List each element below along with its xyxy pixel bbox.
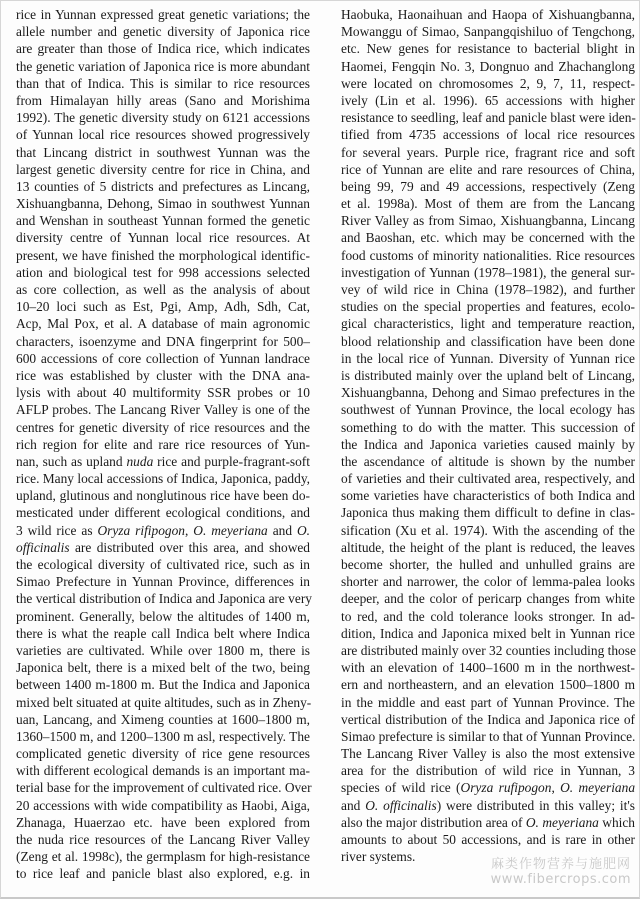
text-segment: being 99, 79 and 49 accessions, respecti…	[341, 179, 635, 194]
right-column: Haobuka, Haonaihuan and Haopa of Xishuan…	[341, 6, 635, 865]
text-line: than that of Indica. This is similar to …	[16, 75, 310, 92]
document-page: rice in Yunnan expressed great genetic v…	[0, 0, 640, 899]
text-segment: the ascendance of altitude is shown by t…	[341, 454, 635, 469]
text-line: food customs of minority nationalities. …	[341, 247, 635, 264]
text-line: 20 accessions with wide compatibility as…	[16, 797, 310, 814]
text-segment: studies on the special properties and fe…	[341, 299, 635, 314]
text-segment: Mowanggu of Simao, Sanpangqishiluo of Te…	[341, 24, 635, 39]
text-line: Japonica thus making them difficult to d…	[341, 504, 635, 521]
text-line: 1992). The genetic diversity study on 61…	[16, 109, 310, 126]
italic-species-name: O.	[297, 523, 310, 538]
text-line: Acp, Mal Pox, et al. A database of main …	[16, 315, 310, 332]
text-segment: characters, isoenzyme and DNA fingerprin…	[16, 334, 310, 349]
text-line: terial base for the improvement of culti…	[16, 779, 310, 796]
text-line: also the major distribution area of O. m…	[341, 814, 635, 831]
text-segment: ively (Lin et al. 1996). 65 accessions w…	[341, 93, 635, 108]
text-segment: rice of Yunnan are elite and rare resour…	[341, 162, 635, 177]
text-line: rice of Yunnan are elite and rare resour…	[341, 161, 635, 178]
text-segment: AFLP probes. The Lancang River Valley is…	[16, 402, 310, 417]
text-line: species of wild rice (Oryza rufipogon, O…	[341, 779, 635, 796]
text-line: ern and northeastern, and an elevation 1…	[341, 676, 635, 693]
text-segment: Zhanaga, Huaerzao etc. have been explore…	[16, 815, 310, 830]
text-segment: 600 accessions of core collection of Yun…	[16, 351, 310, 366]
text-line: Xishuangbanna, Dehong, Simao in southwes…	[16, 195, 310, 212]
text-line: deeper, and the color of pericarp change…	[341, 590, 635, 607]
text-segment: rice was established by cluster with the…	[16, 368, 310, 383]
text-segment: 20 accessions with wide compatibility as…	[16, 798, 310, 813]
text-line: Haobuka, Haonaihuan and Haopa of Xishuan…	[341, 6, 635, 23]
text-segment: and Wenshan in southeast Yunnan formed t…	[16, 213, 310, 228]
text-line: ively (Lin et al. 1996). 65 accessions w…	[341, 92, 635, 109]
text-line: The Lancang River Valley is also the mos…	[341, 745, 635, 762]
text-line: is distributed mainly over the upland be…	[341, 367, 635, 384]
text-segment: from Himalayan hilly areas (Sano and Mor…	[16, 93, 310, 108]
text-segment: and	[268, 523, 297, 538]
text-line: rich region for elite and rare rice reso…	[16, 436, 310, 453]
text-line: vey of wild rice in China (1978–1982), a…	[341, 281, 635, 298]
text-segment: rich region for elite and rare rice reso…	[16, 437, 310, 452]
text-segment: in the middle and east part of Yunnan Pr…	[341, 695, 635, 710]
italic-species-name: O. meyeriana	[560, 780, 635, 795]
text-segment: Xishuangbanna, Dehong and Simao prefectu…	[341, 385, 635, 400]
text-segment: and Baoshan, etc. which may be concerned…	[341, 230, 635, 245]
text-line: etc. New genes for resistance to bacteri…	[341, 40, 635, 57]
left-column: rice in Yunnan expressed great genetic v…	[16, 6, 310, 883]
text-line: there is what the reaple call Indica bel…	[16, 625, 310, 642]
text-segment: ,	[551, 780, 560, 795]
italic-species-name: O. officinalis	[365, 798, 436, 813]
text-segment: there is what the reaple call Indica bel…	[16, 626, 310, 641]
text-line: in the local rice of Yunnan. Diversity o…	[341, 350, 635, 367]
text-line: Xishuangbanna, Dehong and Simao prefectu…	[341, 384, 635, 401]
watermark-url: www.fibercrops.com	[491, 872, 631, 887]
text-segment: 10–20 loci such as Est, Pgi, Amp, Adh, S…	[16, 299, 310, 314]
text-segment: of varieties and their cultivated area, …	[341, 471, 635, 486]
text-line: allele number and genetic diversity of J…	[16, 23, 310, 40]
text-segment: et al. 1998a). Most of them are from the…	[341, 196, 635, 211]
text-line: 13 counties of 5 districts and prefectur…	[16, 178, 310, 195]
text-line: Simao prefecture is similar to that of Y…	[341, 728, 635, 745]
text-line: dition, Indica and Japonica mixed belt i…	[341, 625, 635, 642]
text-line: area for the distribution of wild rice i…	[341, 762, 635, 779]
text-line: and O. officinalis) were distributed in …	[341, 797, 635, 814]
text-segment: gical characteristics, light and tempera…	[341, 316, 635, 331]
text-line: something to do with the matter. This su…	[341, 419, 635, 436]
text-segment: altitude, the height of the plant is red…	[341, 540, 635, 555]
text-segment: are greater than those of Indica rice, w…	[16, 41, 310, 56]
text-segment: were located on chromosomes 2, 9, 7, 11,…	[341, 76, 635, 91]
text-segment: as core collection, as well as the analy…	[16, 282, 310, 297]
text-segment: for several years. Purple rice, fragrant…	[341, 145, 635, 160]
text-segment: investigation of Yunnan (1978–1981), the…	[341, 265, 635, 280]
text-line: Haomei, Fengqin No. 3, Dongnuo and Zhach…	[341, 58, 635, 75]
text-line: and Baoshan, etc. which may be concerned…	[341, 229, 635, 246]
text-segment: Acp, Mal Pox, et al. A database of main …	[16, 316, 310, 331]
text-segment: in the local rice of Yunnan. Diversity o…	[341, 351, 635, 366]
text-line: complicated genetic diversity of rice ge…	[16, 745, 310, 762]
text-segment: 13 counties of 5 districts and prefectur…	[16, 179, 310, 194]
text-segment: food customs of minority nationalities. …	[341, 248, 635, 263]
text-segment: the genetic variation of Japonica rice i…	[16, 59, 310, 74]
text-line: sification (Xu et al. 1974). With the as…	[341, 522, 635, 539]
text-line: 1360–1500 m, and 1200–1300 m asl, respec…	[16, 728, 310, 745]
text-segment: rice. Many local accessions of Indica, J…	[16, 471, 310, 486]
text-line: being 99, 79 and 49 accessions, respecti…	[341, 178, 635, 195]
text-segment: Japonica thus making them difficult to d…	[341, 505, 635, 520]
text-line: from Himalayan hilly areas (Sano and Mor…	[16, 92, 310, 109]
text-line: blood relationship and classification ha…	[341, 333, 635, 350]
text-segment: ) were distributed in this valley; it's	[437, 798, 635, 813]
text-line: to red, and the cold tolerance looks str…	[341, 608, 635, 625]
text-segment: varieties are cultivated. While over 180…	[16, 643, 310, 658]
text-line: Japonica belt, there is a mixed belt of …	[16, 659, 310, 676]
text-segment: tified from 4735 accessions of local ric…	[341, 127, 635, 142]
text-line: mixed belt situated at quite altitudes, …	[16, 694, 310, 711]
text-line: for several years. Purple rice, fragrant…	[341, 144, 635, 161]
text-line: 600 accessions of core collection of Yun…	[16, 350, 310, 367]
text-segment: southwest of Yunnan Province, the local …	[341, 402, 635, 417]
text-line: rice in Yunnan expressed great genetic v…	[16, 6, 310, 23]
text-segment: Simao prefecture is similar to that of Y…	[341, 729, 635, 744]
text-segment: lysis with about 40 multiformity SSR pro…	[16, 385, 310, 400]
text-line: with an elevation of 1400–1600 m in the …	[341, 659, 635, 676]
text-line: are distributed mainly over 32 counties …	[341, 642, 635, 659]
text-segment: diversity centre of Yunnan local rice re…	[16, 230, 310, 245]
text-segment: also the major distribution area of	[341, 815, 526, 830]
text-segment: rice in Yunnan expressed great genetic v…	[16, 7, 310, 22]
text-segment: River Valley as from Simao, Xishuangbann…	[341, 213, 635, 228]
text-segment: is distributed mainly over the upland be…	[341, 368, 635, 383]
text-line: rice was established by cluster with the…	[16, 367, 310, 384]
text-segment: amounts to about 50 accessions, and is r…	[341, 832, 635, 847]
text-line: Zhanaga, Huaerzao etc. have been explore…	[16, 814, 310, 831]
text-segment: dition, Indica and Japonica mixed belt i…	[341, 626, 635, 641]
text-line: rice. Many local accessions of Indica, J…	[16, 470, 310, 487]
text-line: resistance to seedling, leaf and panicle…	[341, 109, 635, 126]
text-line: as core collection, as well as the analy…	[16, 281, 310, 298]
text-segment: 3 wild rice as	[16, 523, 97, 538]
watermark-site-name: 麻类作物营养与施肥网	[491, 857, 631, 872]
text-segment: shorter and narrower, the color of lemma…	[341, 574, 635, 589]
text-line: amounts to about 50 accessions, and is r…	[341, 831, 635, 848]
text-line: the ascendance of altitude is shown by t…	[341, 453, 635, 470]
text-segment: etc. New genes for resistance to bacteri…	[341, 41, 635, 56]
text-line: are greater than those of Indica rice, w…	[16, 40, 310, 57]
text-line: to rice leaf and panicle blast also expl…	[16, 865, 310, 882]
text-line: River Valley as from Simao, Xishuangbann…	[341, 212, 635, 229]
text-segment: the vertical distribution of Indica and …	[16, 591, 312, 606]
text-segment: sification (Xu et al. 1974). With the as…	[341, 523, 635, 538]
text-segment: deeper, and the color of pericarp change…	[341, 591, 635, 606]
text-line: and Wenshan in southeast Yunnan formed t…	[16, 212, 310, 229]
text-line: between 1400 m-1800 m. But the Indica an…	[16, 676, 310, 693]
text-line: of varieties and their cultivated area, …	[341, 470, 635, 487]
italic-species-name: Oryza rufipogon	[461, 780, 552, 795]
text-line: of Yunnan local rice resources showed pr…	[16, 126, 310, 143]
text-segment: to rice leaf and panicle blast also expl…	[16, 866, 310, 881]
text-line: the Indica and Japonica varieties caused…	[341, 436, 635, 453]
text-line: the ecological diversity of cultivated r…	[16, 556, 310, 573]
text-line: vertical distribution of the Indica and …	[341, 711, 635, 728]
text-segment: The Lancang River Valley is also the mos…	[341, 746, 635, 761]
text-segment: which	[599, 815, 635, 830]
text-line: investigation of Yunnan (1978–1981), the…	[341, 264, 635, 281]
text-segment: the ecological diversity of cultivated r…	[16, 557, 310, 572]
text-line: become shorter, the hulled and unhulled …	[341, 556, 635, 573]
text-line: AFLP probes. The Lancang River Valley is…	[16, 401, 310, 418]
text-segment: between 1400 m-1800 m. But the Indica an…	[16, 677, 310, 692]
text-segment: nan, such as upland	[16, 454, 126, 469]
text-line: 10–20 loci such as Est, Pgi, Amp, Adh, S…	[16, 298, 310, 315]
italic-species-name: O. meyeriana	[193, 523, 267, 538]
text-segment: species of wild rice (	[341, 780, 461, 795]
text-segment: Haobuka, Haonaihuan and Haopa of Xishuan…	[341, 7, 635, 22]
text-segment: centres for genetic diversity of rice re…	[16, 420, 310, 435]
text-line: altitude, the height of the plant is red…	[341, 539, 635, 556]
text-line: some varieties have characteristics of b…	[341, 487, 635, 504]
text-line: the nuda rice resources of the Lancang R…	[16, 831, 310, 848]
watermark: 麻类作物营养与施肥网 www.fibercrops.com	[491, 857, 631, 887]
text-line: that Lincang district in southwest Yunna…	[16, 144, 310, 161]
italic-species-name: nuda	[126, 454, 153, 469]
text-line: et al. 1998a). Most of them are from the…	[341, 195, 635, 212]
text-segment: the nuda rice resources of the Lancang R…	[16, 832, 310, 847]
text-line: lysis with about 40 multiformity SSR pro…	[16, 384, 310, 401]
text-line: tified from 4735 accessions of local ric…	[341, 126, 635, 143]
text-segment: present, we have finished the morphologi…	[16, 248, 310, 263]
text-line: Mowanggu of Simao, Sanpangqishiluo of Te…	[341, 23, 635, 40]
text-line: upland, glutinous and nonglutinous rice …	[16, 487, 310, 504]
text-segment: become shorter, the hulled and unhulled …	[341, 557, 635, 572]
text-line: uan, Lancang, and Ximeng counties at 160…	[16, 711, 310, 728]
text-line: nan, such as upland nuda rice and purple…	[16, 453, 310, 470]
text-line: present, we have finished the morphologi…	[16, 247, 310, 264]
text-line: studies on the special properties and fe…	[341, 298, 635, 315]
text-segment: to red, and the cold tolerance looks str…	[341, 609, 635, 624]
text-segment: river systems.	[341, 849, 415, 864]
text-segment: something to do with the matter. This su…	[341, 420, 635, 435]
text-segment: allele number and genetic diversity of J…	[16, 24, 310, 39]
text-line: (Zeng et al. 1998c), the germplasm for h…	[16, 848, 310, 865]
text-segment: vey of wild rice in China (1978–1982), a…	[341, 282, 635, 297]
text-segment: resistance to seedling, leaf and panicle…	[341, 110, 636, 125]
text-segment: ation and biological test for 998 access…	[16, 265, 310, 280]
text-segment: and	[341, 798, 365, 813]
italic-species-name: Oryza rifipogon	[97, 523, 185, 538]
text-line: the vertical distribution of Indica and …	[16, 590, 310, 607]
text-segment: (Zeng et al. 1998c), the germplasm for h…	[16, 849, 310, 864]
text-segment: some varieties have characteristics of b…	[341, 488, 635, 503]
text-segment: are distributed mainly over 32 counties …	[341, 643, 636, 658]
text-segment: are distributed over this area, and show…	[70, 540, 310, 555]
text-segment: 1992). The genetic diversity study on 61…	[16, 110, 310, 125]
italic-species-name: O. meyeriana	[526, 815, 599, 830]
text-line: prominent. Generally, below the altitude…	[16, 608, 310, 625]
text-segment: with different ecological demands is an …	[16, 763, 310, 778]
text-segment: Xishuangbanna, Dehong, Simao in southwes…	[16, 196, 310, 211]
text-segment: uan, Lancang, and Ximeng counties at 160…	[16, 712, 310, 727]
text-segment: with an elevation of 1400–1600 m in the …	[341, 660, 635, 675]
text-line: southwest of Yunnan Province, the local …	[341, 401, 635, 418]
text-segment: rice and purple-fragrant-soft	[153, 454, 310, 469]
text-segment: Japonica belt, there is a mixed belt of …	[16, 660, 310, 675]
italic-species-name: officinalis	[16, 540, 70, 555]
text-segment: that Lincang district in southwest Yunna…	[16, 145, 310, 160]
text-line: mesticated under different ecological co…	[16, 504, 310, 521]
text-segment: upland, glutinous and nonglutinous rice …	[16, 488, 310, 503]
text-segment: than that of Indica. This is similar to …	[16, 76, 310, 91]
text-segment: ern and northeastern, and an elevation 1…	[341, 677, 635, 692]
text-line: 3 wild rice as Oryza rifipogon, O. meyer…	[16, 522, 310, 539]
text-line: the genetic variation of Japonica rice i…	[16, 58, 310, 75]
text-segment: Simao Prefecture in Yunnan Province, dif…	[16, 574, 310, 589]
text-line: varieties are cultivated. While over 180…	[16, 642, 310, 659]
text-segment: blood relationship and classification ha…	[341, 334, 635, 349]
text-segment: mesticated under different ecological co…	[16, 505, 310, 520]
text-segment: mixed belt situated at quite altitudes, …	[16, 695, 311, 710]
text-line: centres for genetic diversity of rice re…	[16, 419, 310, 436]
text-segment: the Indica and Japonica varieties caused…	[341, 437, 635, 452]
text-segment: of Yunnan local rice resources showed pr…	[16, 127, 310, 142]
text-segment: vertical distribution of the Indica and …	[341, 712, 635, 727]
text-segment: 1360–1500 m, and 1200–1300 m asl, respec…	[16, 729, 310, 744]
text-segment: prominent. Generally, below the altitude…	[16, 609, 310, 624]
text-line: officinalis are distributed over this ar…	[16, 539, 310, 556]
text-segment: Haomei, Fengqin No. 3, Dongnuo and Zhach…	[341, 59, 635, 74]
text-segment: largest genetic diversity centre for ric…	[16, 162, 310, 177]
text-line: gical characteristics, light and tempera…	[341, 315, 635, 332]
text-line: largest genetic diversity centre for ric…	[16, 161, 310, 178]
text-segment: terial base for the improvement of culti…	[16, 780, 312, 795]
text-line: characters, isoenzyme and DNA fingerprin…	[16, 333, 310, 350]
text-line: ation and biological test for 998 access…	[16, 264, 310, 281]
text-line: were located on chromosomes 2, 9, 7, 11,…	[341, 75, 635, 92]
text-line: shorter and narrower, the color of lemma…	[341, 573, 635, 590]
text-line: with different ecological demands is an …	[16, 762, 310, 779]
text-line: diversity centre of Yunnan local rice re…	[16, 229, 310, 246]
text-line: Simao Prefecture in Yunnan Province, dif…	[16, 573, 310, 590]
text-line: in the middle and east part of Yunnan Pr…	[341, 694, 635, 711]
text-segment: area for the distribution of wild rice i…	[341, 763, 635, 778]
text-segment: complicated genetic diversity of rice ge…	[16, 746, 310, 761]
